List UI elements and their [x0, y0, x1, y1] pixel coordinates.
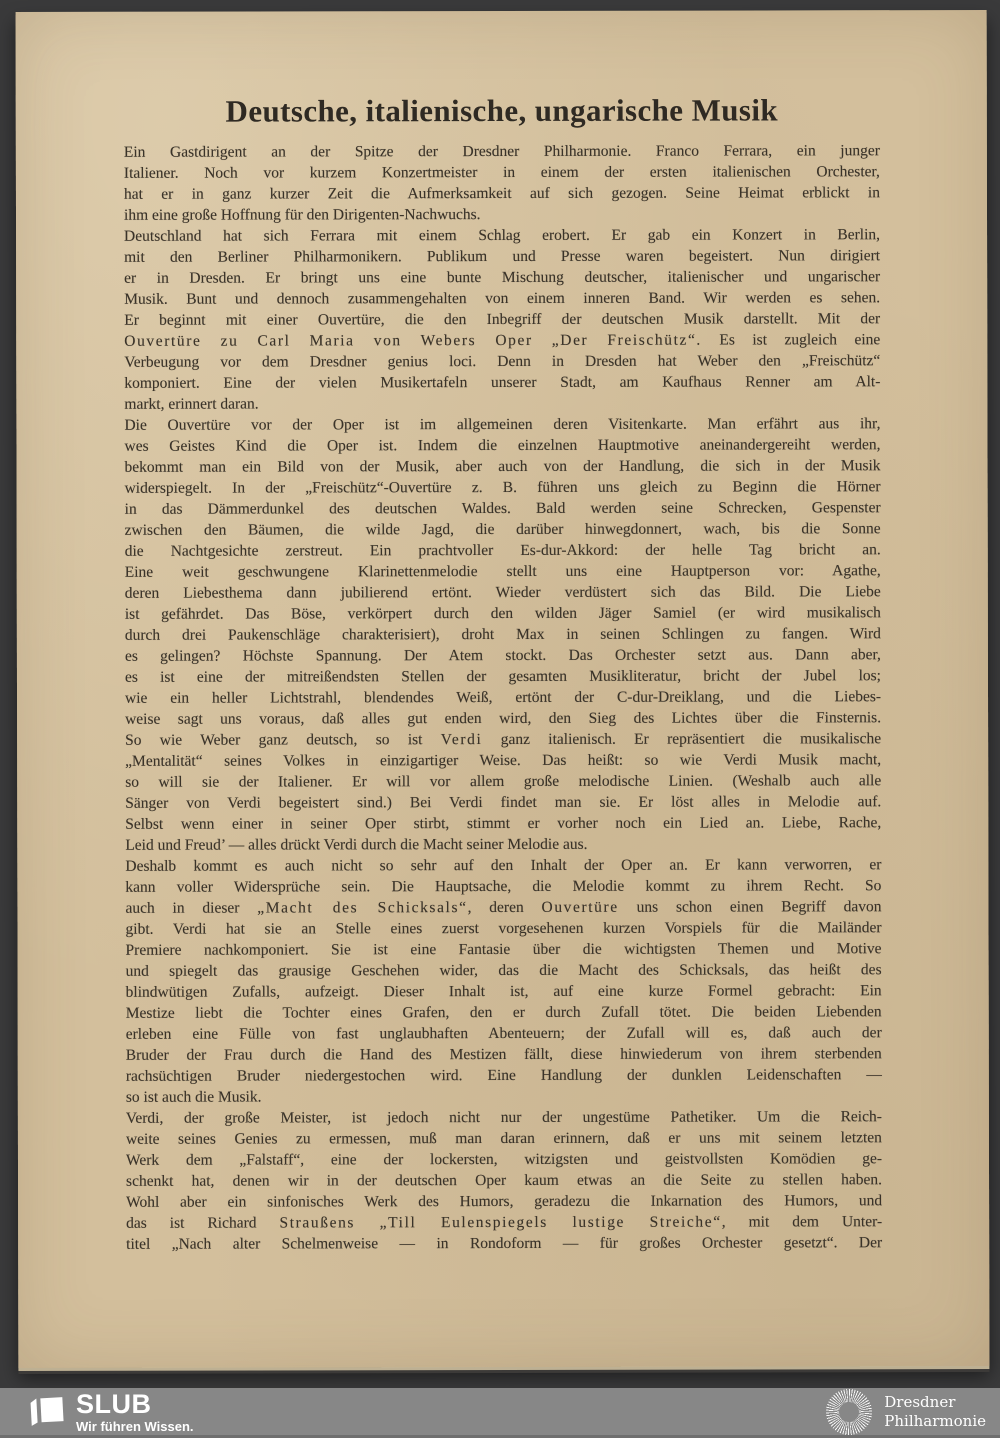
philharmonie-branding: Dresdner Philharmonie [826, 1389, 986, 1435]
text-segment: Es ist zugleich eine [702, 331, 880, 348]
text-line: ist gefährdet. Das Böse, verkörpert durc… [125, 602, 881, 625]
text-segment: ist gefährdet. Das Böse, verkörpert durc… [125, 604, 881, 623]
text-line: kann voller Widersprüche sein. Die Haupt… [125, 875, 881, 898]
paragraph: Verdi, der große Meister, ist jedoch nic… [126, 1106, 882, 1255]
text-segment: und spiegelt das grausige Geschehen wide… [126, 961, 882, 980]
text-segment: widerspiegelt. In der „Freischütz“-Ouver… [125, 478, 881, 497]
text-line: es ist eine der mitreißendsten Stellen d… [125, 665, 881, 688]
text-segment: auch in dieser [125, 900, 257, 917]
text-line: ihm eine große Hoffnung für den Dirigent… [124, 203, 880, 226]
scanned-page: Deutsche, italienische, ungarische Musik… [16, 10, 990, 1368]
text-line: Ein Gastdirigent an der Spitze der Dresd… [124, 140, 880, 163]
text-line: Musik. Bunt und dennoch zusammengehalten… [124, 287, 880, 310]
page-title: Deutsche, italienische, ungarische Musik [124, 92, 880, 130]
text-segment: das ist Richard [126, 1214, 279, 1231]
text-line: Er beginnt mit einer Ouvertüre, die den … [124, 308, 880, 331]
text-line: schenkt hat, denen wir in der deutschen … [126, 1169, 882, 1192]
text-line: „Mentalität“ seines Volkes in einzigarti… [125, 749, 881, 772]
text-segment: die Nachtgesichte zerstreut. Ein prachtv… [125, 541, 881, 560]
text-segment: in das Dämmerdunkel des deutschen Waldes… [125, 499, 881, 518]
text-line: So wie Weber ganz deutsch, so ist Verdi … [125, 728, 881, 751]
text-line: rachsüchtigen Bruder niedergestochen wir… [126, 1064, 882, 1087]
text-line: Die Ouvertüre vor der Oper ist im allgem… [124, 413, 880, 436]
text-segment: deren Liebesthema dann jubilierend ertön… [125, 583, 881, 602]
text-segment: erleben eine Fülle von fast unglaubhafte… [126, 1024, 882, 1043]
text-segment: blindwütigen Zufalls, aufzeigt. Dieser I… [126, 982, 882, 1001]
text-line: Bruder der Frau durch die Hand des Mesti… [126, 1043, 882, 1066]
text-line: die Nachtgesichte zerstreut. Ein prachtv… [125, 539, 881, 562]
paragraph: Ein Gastdirigent an der Spitze der Dresd… [124, 140, 880, 226]
text-segment: Deshalb kommt es auch nicht so sehr auf … [125, 856, 881, 875]
text-segment: durch drei Paukenschläge charakterisiert… [125, 625, 881, 644]
text-line: zwischen den Bäumen, die wilde Jagd, die… [125, 518, 881, 541]
text-segment: Verdi, der große Meister, ist jedoch nic… [126, 1108, 882, 1127]
text-line: Mestize liebt die Tochter eines Grafen, … [126, 1001, 882, 1024]
text-segment: Sänger von Verdi begeistert sind.) Bei V… [125, 793, 881, 812]
text-segment: Premiere nachkomponiert. Sie ist eine Fa… [126, 940, 882, 959]
text-line: komponiert. Eine der vielen Musikertafel… [124, 371, 880, 394]
slub-branding: SLUB Wir führen Wissen. [30, 1391, 194, 1434]
text-segment: Verdi [441, 731, 483, 748]
text-segment: Ein Gastdirigent an der Spitze der Dresd… [124, 142, 880, 161]
text-line: Sänger von Verdi begeistert sind.) Bei V… [125, 791, 881, 814]
text-segment: mit den Berliner Philharmonikern. Publik… [124, 247, 880, 266]
text-segment: Die Ouvertüre vor der Oper ist im allgem… [124, 415, 880, 434]
text-segment: schenkt hat, denen wir in der deutschen … [126, 1171, 882, 1190]
text-segment: Werk dem „Falstaff“, eine der lockersten… [126, 1150, 882, 1169]
text-line: erleben eine Fülle von fast unglaubhafte… [126, 1022, 882, 1045]
paragraph: Deshalb kommt es auch nicht so sehr auf … [125, 854, 882, 1108]
text-line: das ist Richard Straußens „Till Eulenspi… [126, 1211, 882, 1234]
text-line: Verbeugung vor dem Dresdner genius loci.… [124, 350, 880, 373]
text-line: so ist auch die Musik. [126, 1085, 882, 1108]
paragraph: So wie Weber ganz deutsch, so ist Verdi … [125, 728, 881, 856]
text-line: bekommt man ein Bild von der Musik, aber… [125, 455, 881, 478]
text-segment: titel „Nach alter Schelmenweise — in Ron… [126, 1234, 882, 1253]
text-segment: Musik. Bunt und dennoch zusammengehalten… [124, 289, 880, 308]
text-segment: Ouvertüre zu Carl Maria von Webers Oper … [124, 332, 702, 350]
text-segment: er in Dresden. Er bringt uns eine bunte … [124, 268, 880, 287]
text-segment: Deutschland hat sich Ferrara mit einem S… [124, 226, 880, 245]
sunburst-icon [826, 1389, 872, 1435]
text-segment: Bruder der Frau durch die Hand des Mesti… [126, 1045, 882, 1064]
text-line: gibt. Verdi hat sie an Stelle eines zuer… [125, 917, 881, 940]
text-line: Werk dem „Falstaff“, eine der lockersten… [126, 1148, 882, 1171]
text-line: Eine weit geschwungene Klarinettenmelodi… [125, 560, 881, 583]
text-segment: komponiert. Eine der vielen Musikertafel… [124, 373, 880, 392]
viewer-footer-bar: SLUB Wir führen Wissen. Dresdner Philhar… [0, 1388, 1000, 1438]
text-segment: so will sie der Italiener. Er will vor a… [125, 772, 881, 791]
text-segment: Eine weit geschwungene Klarinettenmelodi… [125, 562, 881, 581]
paragraph: Deutschland hat sich Ferrara mit einem S… [124, 224, 880, 415]
text-segment: uns schon einen Begriff davon [619, 898, 882, 916]
text-segment: weite seines Genies zu ermessen, muß man… [126, 1129, 882, 1148]
text-line: auch in dieser „Macht des Schicksals“, d… [125, 896, 881, 919]
text-segment: Straußens „Till Eulenspiegels lustige St… [280, 1214, 722, 1232]
text-line: Wohl aber ein sinfonisches Werk des Humo… [126, 1190, 882, 1213]
text-segment: wes Geistes Kind die Oper ist. Indem die… [124, 436, 880, 455]
text-segment: es ist eine der mitreißendsten Stellen d… [125, 667, 881, 686]
text-segment: , deren [468, 899, 542, 916]
text-segment: Mestize liebt die Tochter eines Grafen, … [126, 1003, 882, 1022]
text-segment: gibt. Verdi hat sie an Stelle eines zuer… [125, 919, 881, 938]
text-segment: rachsüchtigen Bruder niedergestochen wir… [126, 1066, 882, 1085]
text-segment: , mit dem Unter- [722, 1213, 882, 1230]
text-segment: ihm eine große Hoffnung für den Dirigent… [124, 206, 481, 224]
text-line: Verdi, der große Meister, ist jedoch nic… [126, 1106, 882, 1129]
text-line: so will sie der Italiener. Er will vor a… [125, 770, 881, 793]
text-segment: Er beginnt mit einer Ouvertüre, die den … [124, 310, 880, 329]
text-line: wie ein heller Lichtstrahl, blendendes W… [125, 686, 881, 709]
text-segment: wie ein heller Lichtstrahl, blendendes W… [125, 688, 881, 707]
text-segment: zwischen den Bäumen, die wilde Jagd, die… [125, 520, 881, 539]
text-segment: hat er in ganz kurzer Zeit die Aufmerksa… [124, 184, 880, 203]
philharmonie-name-line2: Philharmonie [884, 1412, 986, 1431]
text-segment: Selbst wenn einer in seiner Oper stirbt,… [125, 814, 881, 833]
text-line: blindwütigen Zufalls, aufzeigt. Dieser I… [126, 980, 882, 1003]
text-segment: bekommt man ein Bild von der Musik, aber… [125, 457, 881, 476]
text-line: Italiener. Noch vor kurzem Konzertmeiste… [124, 161, 880, 184]
text-segment: Ouvertüre [542, 899, 619, 916]
text-segment: es gelingen? Höchste Spannung. Der Atem … [125, 646, 881, 665]
text-line: weite seines Genies zu ermessen, muß man… [126, 1127, 882, 1150]
philharmonie-name-line1: Dresdner [884, 1393, 986, 1412]
text-segment: kann voller Widersprüche sein. Die Haupt… [125, 877, 881, 896]
text-line: widerspiegelt. In der „Freischütz“-Ouver… [125, 476, 881, 499]
text-segment: „Macht des Schicksals“ [257, 899, 467, 916]
text-line: und spiegelt das grausige Geschehen wide… [126, 959, 882, 982]
text-line: in das Dämmerdunkel des deutschen Waldes… [125, 497, 881, 520]
open-book-icon [30, 1394, 64, 1428]
text-line: Premiere nachkomponiert. Sie ist eine Fa… [126, 938, 882, 961]
text-line: Leid und Freud’ — alles drückt Verdi dur… [125, 833, 881, 856]
text-segment: So wie Weber ganz deutsch, so ist [125, 731, 441, 749]
text-line: Deshalb kommt es auch nicht so sehr auf … [125, 854, 881, 877]
text-line: durch drei Paukenschläge charakterisiert… [125, 623, 881, 646]
text-line: er in Dresden. Er bringt uns eine bunte … [124, 266, 880, 289]
text-segment: weise sagt uns voraus, daß alles gut end… [125, 709, 881, 728]
text-line: wes Geistes Kind die Oper ist. Indem die… [124, 434, 880, 457]
text-segment: Wohl aber ein sinfonisches Werk des Humo… [126, 1192, 882, 1211]
text-segment: „Mentalität“ seines Volkes in einzigarti… [125, 751, 881, 770]
text-segment: Verbeugung vor dem Dresdner genius loci.… [124, 352, 880, 371]
document-body: Deutsche, italienische, ungarische Musik… [124, 10, 883, 1255]
text-segment: so ist auch die Musik. [126, 1089, 262, 1106]
text-line: markt, erinnert daran. [124, 392, 880, 415]
slub-tagline: Wir führen Wissen. [76, 1419, 194, 1434]
text-segment: markt, erinnert daran. [124, 396, 258, 413]
text-line: Ouvertüre zu Carl Maria von Webers Oper … [124, 329, 880, 352]
slub-logo-text: SLUB [76, 1391, 194, 1418]
text-line: mit den Berliner Philharmonikern. Publik… [124, 245, 880, 268]
paragraph: Die Ouvertüre vor der Oper ist im allgem… [124, 413, 881, 730]
text-line: weise sagt uns voraus, daß alles gut end… [125, 707, 881, 730]
text-line: es gelingen? Höchste Spannung. Der Atem … [125, 644, 881, 667]
text-line: Selbst wenn einer in seiner Oper stirbt,… [125, 812, 881, 835]
text-line: deren Liebesthema dann jubilierend ertön… [125, 581, 881, 604]
text-segment: ganz italienisch. Er repräsentiert die m… [482, 730, 881, 748]
text-segment: Leid und Freud’ — alles drückt Verdi dur… [125, 836, 587, 854]
text-line: Deutschland hat sich Ferrara mit einem S… [124, 224, 880, 247]
text-segment: Italiener. Noch vor kurzem Konzertmeiste… [124, 163, 880, 182]
text-line: titel „Nach alter Schelmenweise — in Ron… [126, 1232, 882, 1255]
text-line: hat er in ganz kurzer Zeit die Aufmerksa… [124, 182, 880, 205]
